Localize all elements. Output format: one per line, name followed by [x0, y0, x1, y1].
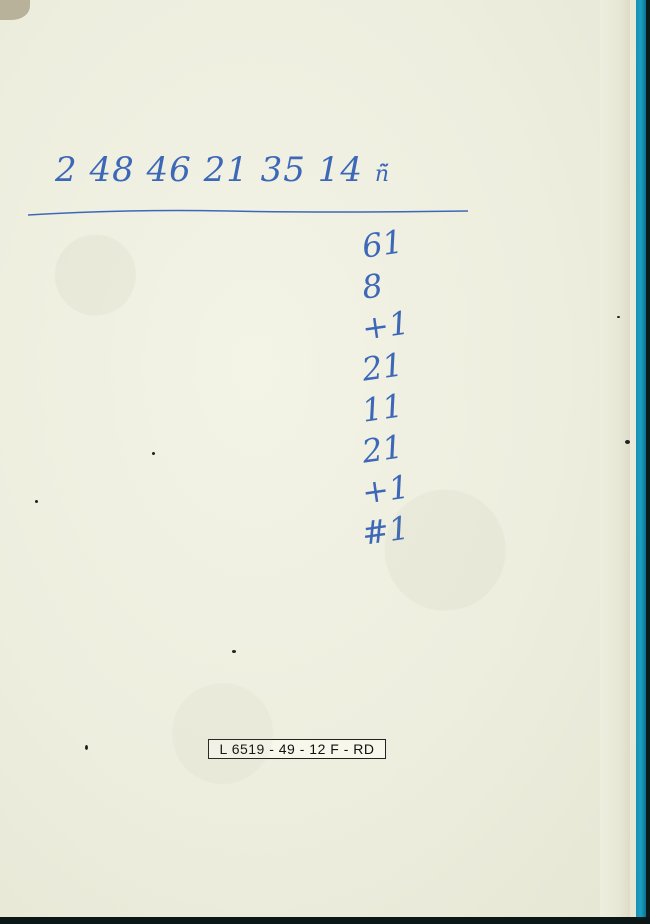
- handwritten-item: +1: [359, 299, 434, 349]
- handwritten-item: #1: [359, 504, 434, 554]
- spine-blue-strip: [636, 0, 646, 917]
- scan-shadow: [0, 917, 650, 924]
- handwritten-number-line: 2 48 46 21 35 14 ñ̃: [55, 150, 390, 190]
- handwritten-suffix: ñ̃: [375, 162, 390, 187]
- handwritten-item: 21: [359, 422, 434, 472]
- speck: [85, 745, 88, 750]
- catalog-code-label: L 6519 - 49 - 12 F - RD: [208, 739, 386, 759]
- speck: [35, 500, 38, 503]
- handwritten-item: 21: [359, 340, 434, 390]
- speck: [232, 650, 236, 653]
- handwritten-column: 61 8 +1 21 11 21 +1 #1: [362, 222, 432, 550]
- speck: [152, 452, 155, 455]
- handwritten-numbers: 2 48 46 21 35 14: [55, 150, 363, 190]
- cover-edge: [600, 0, 630, 917]
- torn-corner: [0, 0, 30, 20]
- handwritten-item: +1: [359, 463, 434, 513]
- speck: [625, 440, 630, 444]
- handwritten-item: 8: [359, 258, 434, 308]
- handwritten-item: 11: [359, 381, 434, 431]
- speck: [617, 316, 620, 318]
- handwritten-underline: [28, 207, 468, 217]
- handwritten-item: 61: [359, 217, 434, 267]
- book-back-cover: 2 48 46 21 35 14 ñ̃ 61 8 +1 21 11 21 +1 …: [0, 0, 636, 917]
